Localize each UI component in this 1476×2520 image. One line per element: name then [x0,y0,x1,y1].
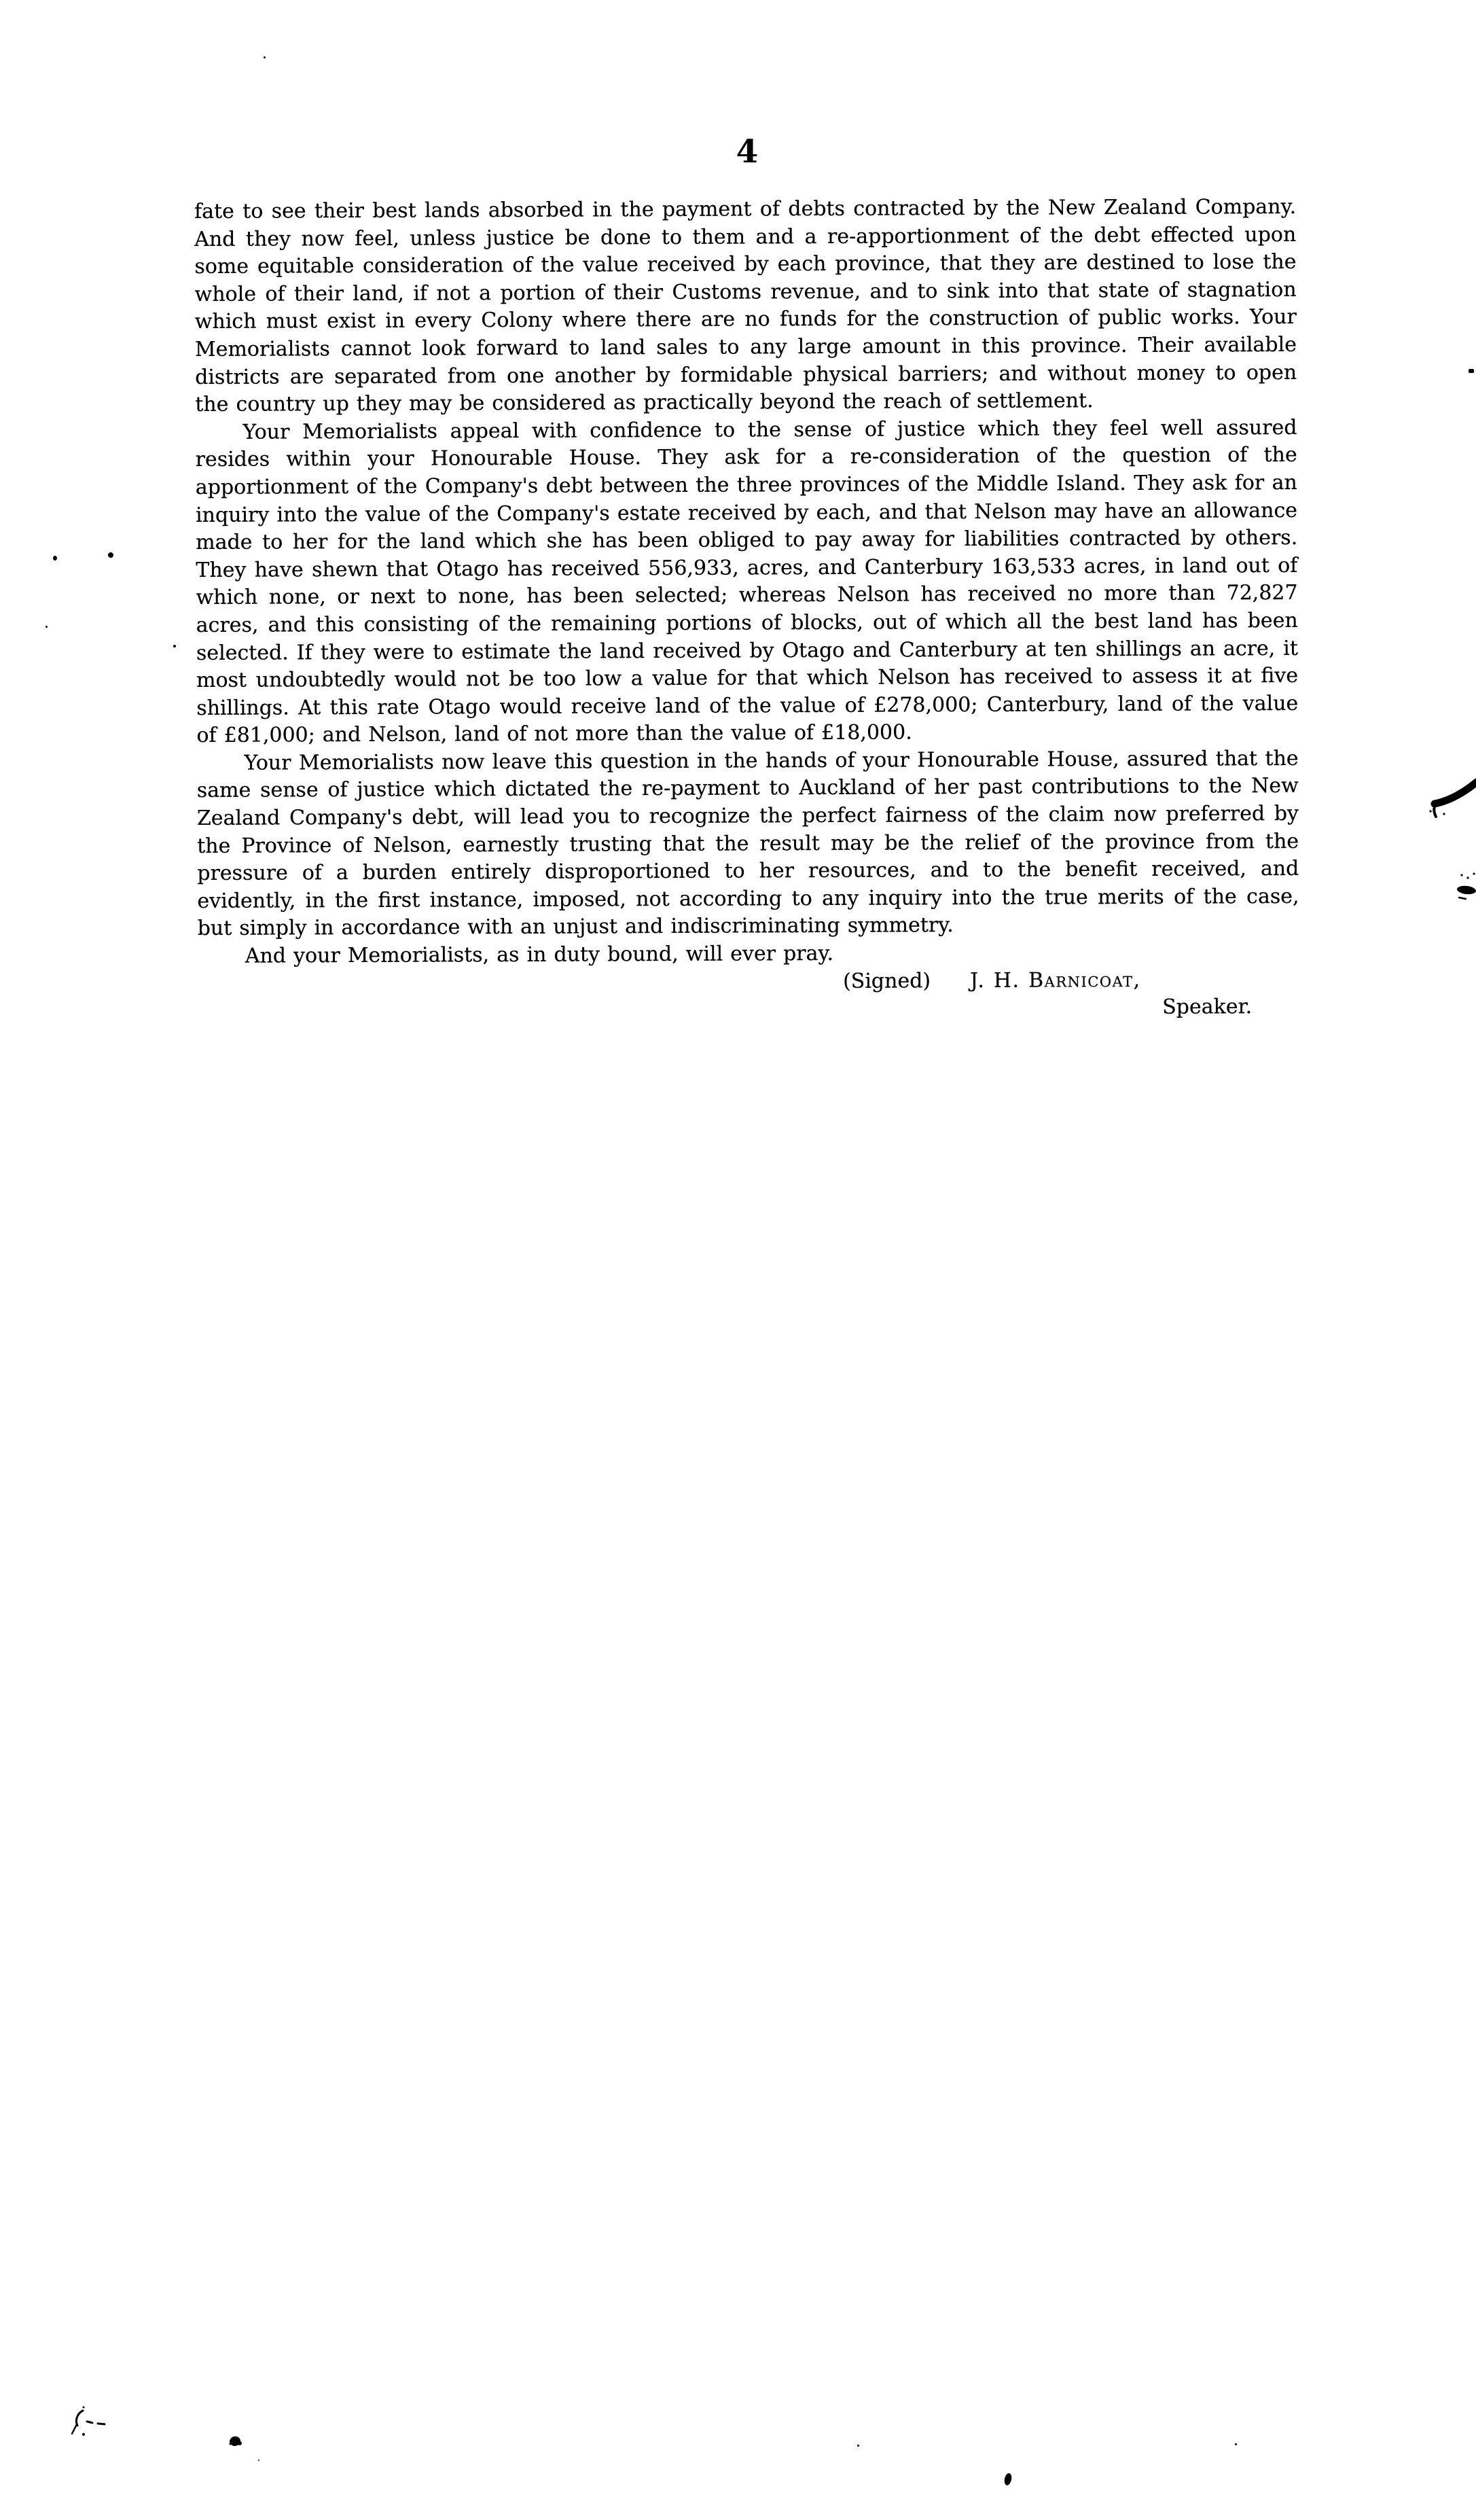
ink-speck [53,556,57,561]
ink-blot [1003,2472,1013,2486]
ink-speck [264,56,266,58]
signatory-role-line: Speaker. [198,993,1299,1026]
page-number: 4 [10,133,1476,171]
signed-label: (Signed) [843,969,931,993]
signature-line: (Signed)J. H. Barnicoat, [198,966,1299,999]
ink-speck [857,2445,859,2447]
paragraph-continuation: fate to see their best lands absorbed in… [194,194,1297,419]
signatory-role: Speaker. [1162,995,1252,1019]
ink-speck [108,552,113,558]
pen-squiggle-mark [65,2405,154,2446]
paragraph-prayer: And your Memorialists, as in duty bound,… [198,938,1299,971]
memorial-text-block: fate to see their best lands absorbed in… [194,194,1299,1026]
ink-scribble-mark [1456,870,1476,901]
paragraph-appeal: Your Memorialists appeal with confidence… [195,414,1298,750]
scanned-document-page: 4 fate to see their best lands absorbed … [0,0,1476,2520]
ink-blot [228,2435,243,2449]
pen-stroke-mark [1424,773,1476,822]
signatory-name: J. H. Barnicoat, [970,968,1141,993]
ink-speck [258,2460,259,2461]
ink-speck [46,626,48,628]
ink-speck [173,645,176,647]
ink-speck [1235,2443,1237,2445]
paragraph-conclusion: Your Memorialists now leave this questio… [197,745,1299,943]
ink-speck [1469,369,1474,373]
